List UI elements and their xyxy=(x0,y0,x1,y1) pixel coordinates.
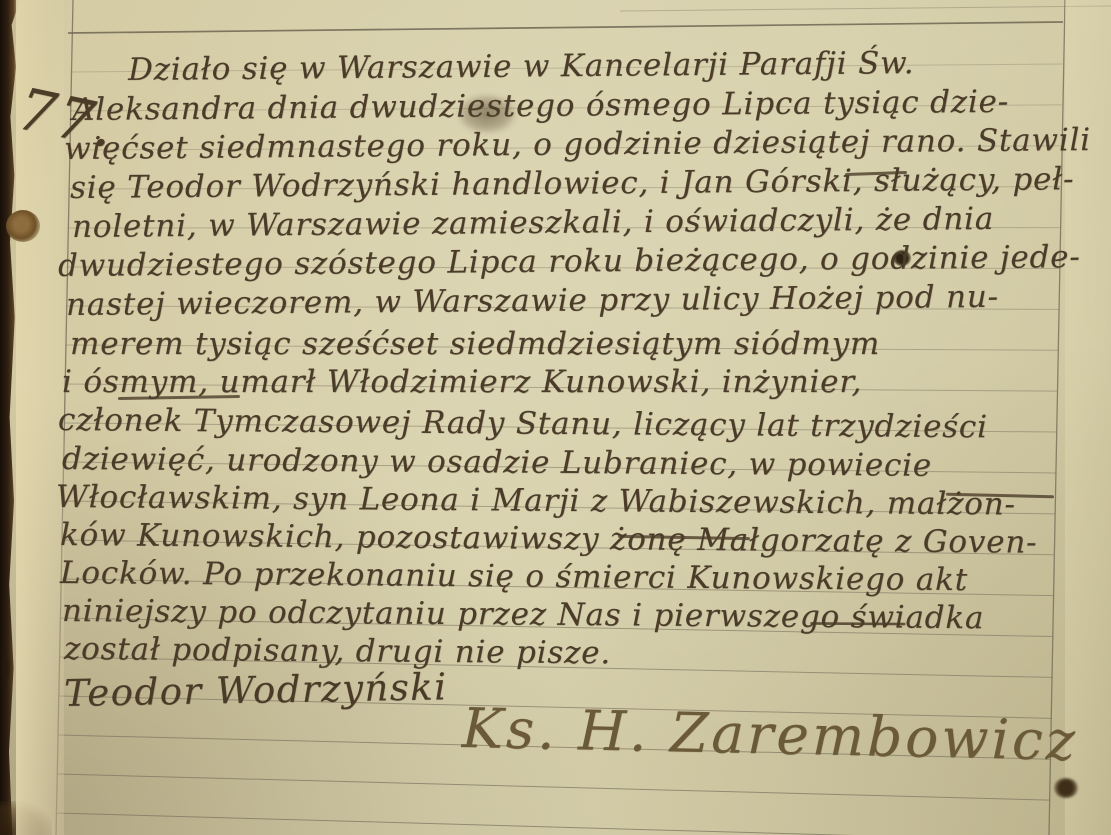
act-line: i ósmym, umarł Włodzimierz Kunowski, inż… xyxy=(62,364,862,400)
act-line: członek Tymczasowej Rady Stanu, liczący … xyxy=(58,402,988,445)
edge-ink-blot xyxy=(1054,778,1078,798)
act-line: ków Kunowskich, pozostawiwszy żonę Małgo… xyxy=(60,517,1038,561)
act-line: został podpisany, drugi nie pisze. xyxy=(64,631,611,671)
register-page: 77. Działo się w Warszawie w Kancelarji … xyxy=(0,0,1111,835)
top-corner-rule xyxy=(620,6,1111,11)
act-line: Działo się w Warszawie w Kancelarji Para… xyxy=(128,45,915,88)
act-line: Włocławskim, syn Leona i Marji z Wabisze… xyxy=(56,479,1016,523)
act-line: merem tysiąc sześćset siedmdziesiątym si… xyxy=(70,326,880,362)
signature-witness: Teodor Wodrzyński xyxy=(64,665,448,715)
paper-hole xyxy=(6,210,40,242)
end-dash-mark: — xyxy=(805,598,911,645)
edge-speck xyxy=(0,650,12,684)
act-line: dziewięć, urodzony w osadzie Lubraniec, … xyxy=(62,441,932,484)
signature-official: Ks. H. Zarembowicz xyxy=(461,696,1078,773)
act-line: Locków. Po przekonaniu się o śmierci Kun… xyxy=(60,555,968,598)
top-header-rule xyxy=(68,22,1063,33)
